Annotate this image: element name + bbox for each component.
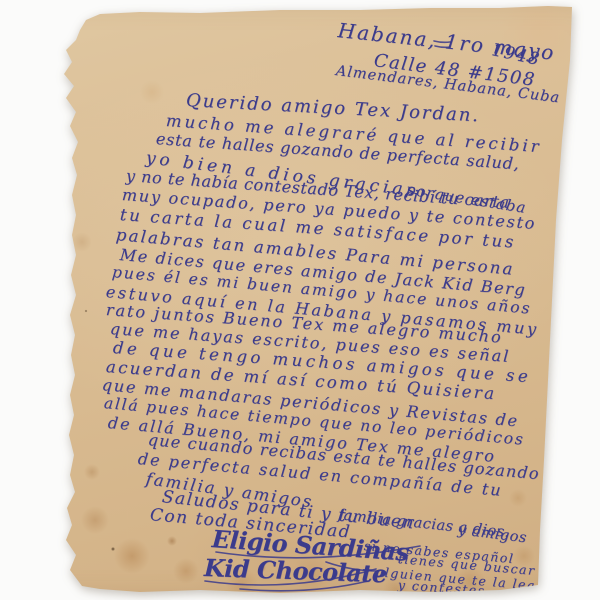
paper-shadow: Habana, 1ro mayo 1948 Calle 48 #1508 Alm…	[0, 0, 600, 600]
letter-paper: Habana, 1ro mayo 1948 Calle 48 #1508 Alm…	[0, 0, 600, 600]
closing-line: y amigos	[457, 522, 528, 546]
signature-alias: Kid Chocolate	[203, 553, 387, 588]
letter-photo: Habana, 1ro mayo 1948 Calle 48 #1508 Alm…	[0, 0, 600, 600]
